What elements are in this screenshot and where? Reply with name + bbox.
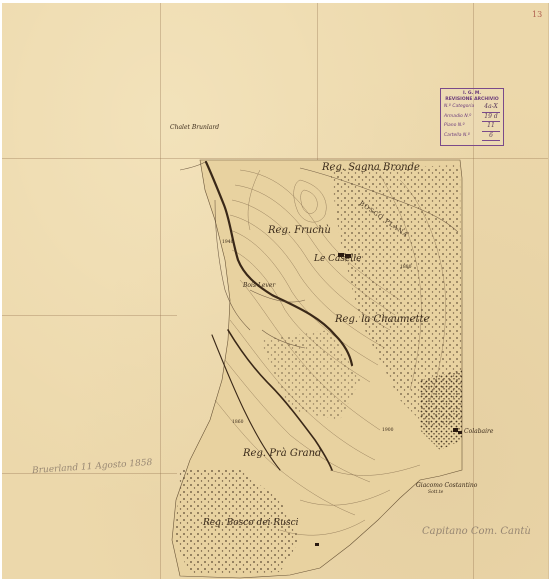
- label-reg-sagna-bronde: Reg. Sagna Bronde: [322, 162, 420, 173]
- elevation-1880: 1880: [400, 265, 411, 270]
- label-bois-lever: Bois Lever: [243, 282, 275, 289]
- label-reg-bosco-dei-rusci: Reg. Bosco dei Rusci: [203, 518, 299, 528]
- pencil-signature: Capitano Com. Cantù: [422, 526, 531, 537]
- elevation-1940: 1940: [222, 240, 233, 245]
- label-surveyor: Giacomo Costantino: [416, 482, 477, 489]
- elevation-1860: 1860: [232, 420, 243, 425]
- archive-stamp: I. G. M. REVISIONE ARCHIVIO N.º Categori…: [440, 88, 504, 146]
- stamp-row-categoria: N.º Categoria 4a-X: [444, 103, 500, 113]
- label-chalet-brunlard: Chalet Brunlard: [170, 124, 219, 131]
- stamp-row-piano: Piano N.º 11: [444, 122, 500, 132]
- label-reg-fruchu: Reg. Fruchù: [268, 225, 331, 236]
- elevation-1900: 1900: [382, 428, 393, 433]
- sheet-number-mark: 13: [532, 10, 542, 19]
- label-colabaire: Colabaire: [464, 428, 493, 435]
- label-surveyor-sub: Sott.te: [428, 490, 443, 495]
- stamp-row-armadio: Armadio N.º 19 d: [444, 113, 500, 123]
- label-reg-pra-grand: Reg. Prà Grand: [243, 448, 321, 459]
- label-le-caselle: Le Caselle: [314, 254, 361, 264]
- label-reg-la-chaumette: Reg. la Chaumette: [335, 314, 429, 325]
- stamp-row-cartella: Cartella N.º 6: [444, 132, 500, 142]
